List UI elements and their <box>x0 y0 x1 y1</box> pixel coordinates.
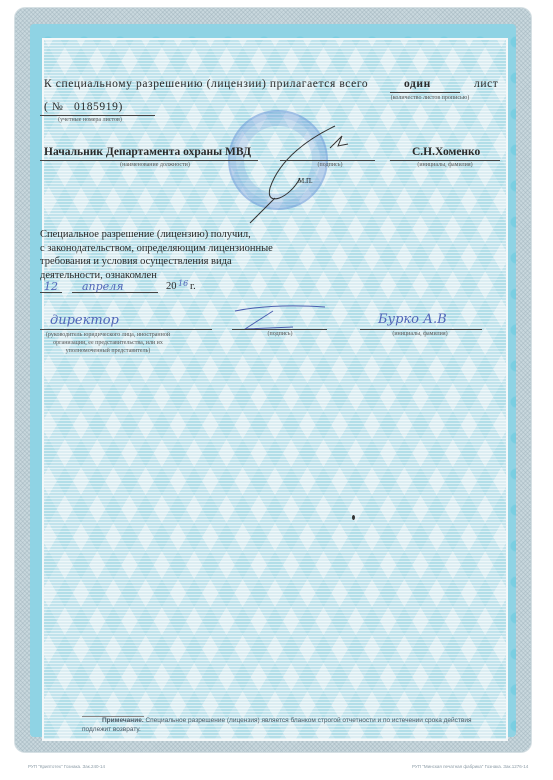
receipt-line: Специальное разрешение (лицензию) получи… <box>40 228 300 242</box>
issuer-signature-caption: (подпись) <box>310 162 350 168</box>
issuer-position-underline <box>40 160 258 161</box>
receipt-line: требования и условия осуществления вида <box>40 255 300 269</box>
recipient-name: Бурко А.В <box>378 312 447 327</box>
issuer-name-underline <box>390 160 500 161</box>
sheets-word: лист <box>474 78 498 90</box>
issuer-name-caption: (инициалы, фамилия) <box>400 162 490 168</box>
seal-label: М.П. <box>298 177 313 185</box>
sheet-number-prefix: ( № <box>44 101 63 113</box>
recipient-position-caption: (руководитель юридического лица, иностра… <box>38 331 178 355</box>
receipt-year-prefix: 20 <box>166 281 177 292</box>
printer-mark-left: РУП "Криптотех" Гознака. Зак.240-14 <box>28 764 105 769</box>
sheets-count-caption: (количество листов прописью) <box>385 95 475 101</box>
receipt-month-underline <box>72 292 158 293</box>
issuer-name: С.Н.Хоменко <box>412 146 480 158</box>
recipient-signature-caption: (подпись) <box>260 331 300 337</box>
footnote-label: Примечание. <box>102 717 144 724</box>
receipt-statement: Специальное разрешение (лицензию) получи… <box>40 228 300 282</box>
recipient-position: директор <box>50 313 119 328</box>
recipient-name-underline <box>360 329 482 330</box>
receipt-line: с законодательством, определяющим лиценз… <box>40 242 300 256</box>
recipient-name-caption: (инициалы, фамилия) <box>375 331 465 337</box>
receipt-year-unit: г. <box>190 281 196 292</box>
issuer-position: Начальник Департамента охраны МВД <box>44 146 251 158</box>
issuer-signature-underline <box>280 160 375 161</box>
attached-sheets-text: К специальному разрешению (лицензии) при… <box>44 78 368 90</box>
receipt-line: деятельности, ознакомлен <box>40 269 300 283</box>
sheets-count: один <box>404 78 431 90</box>
sheet-number: 0185919) <box>74 101 123 113</box>
ink-spot <box>352 515 355 520</box>
sheet-number-underline <box>40 115 155 116</box>
issuer-position-caption: (наименование должности) <box>110 162 200 168</box>
recipient-position-underline <box>40 329 212 330</box>
footnote-line-2: подлежит возврату. <box>82 726 141 733</box>
footnote-line-1: Примечание. Специальное разрешение (лице… <box>102 717 471 724</box>
sheets-count-underline <box>390 92 460 93</box>
footnote-text: Специальное разрешение (лицензия) являет… <box>145 717 471 724</box>
issuer-signature-mark <box>230 118 360 228</box>
sheet-number-caption: (учетные номера листов) <box>55 117 125 123</box>
recipient-signature-underline <box>232 329 327 330</box>
printer-mark-right: РУП "Минская печатная фабрика" Гознака. … <box>412 764 528 769</box>
receipt-year-suffix: 16 <box>178 279 188 288</box>
receipt-day-underline <box>40 292 62 293</box>
